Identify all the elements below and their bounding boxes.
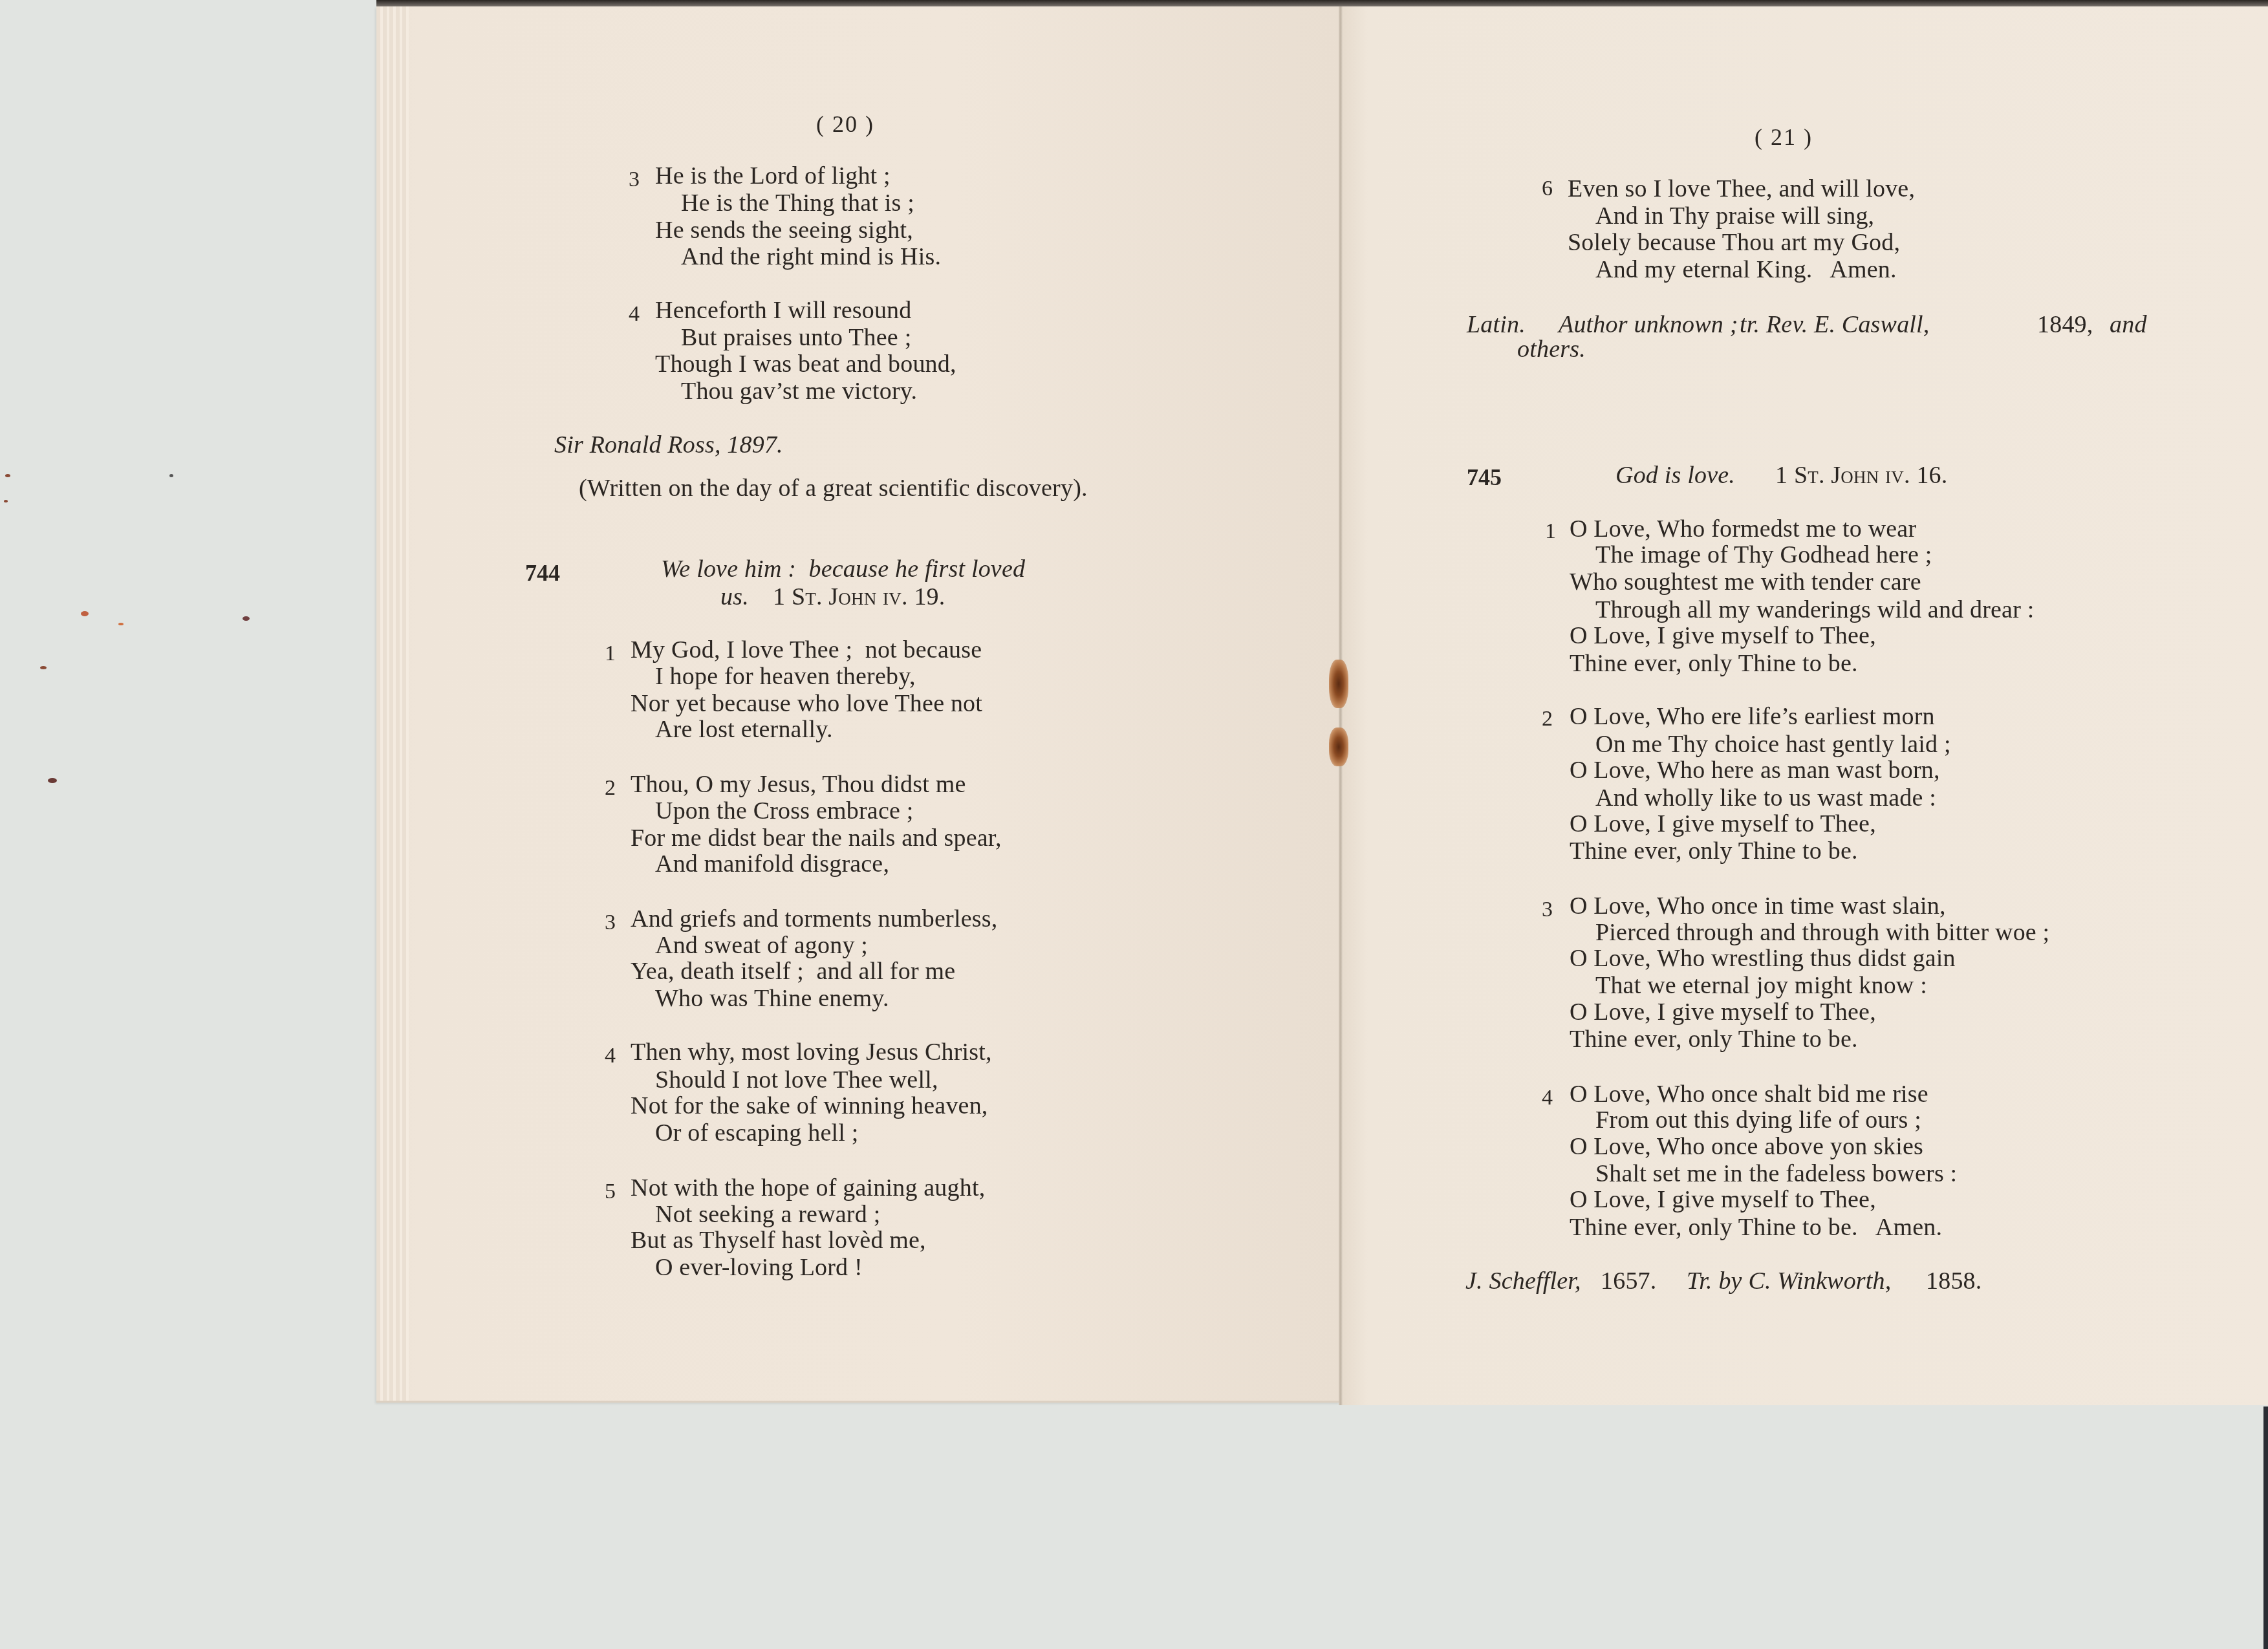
- verse-line: O ever-loving Lord !: [655, 1253, 863, 1282]
- verse-line: Though I was beat and bound,: [655, 350, 956, 378]
- refrain-line: Thine ever, only Thine to be.: [1570, 1025, 1858, 1053]
- verse-line: He sends the seeing sight,: [655, 216, 913, 244]
- verse-number: 4: [629, 300, 640, 329]
- refrain-line: Thine ever, only Thine to be.: [1570, 649, 1858, 678]
- verse-number: 1: [1545, 517, 1556, 546]
- verse-line: Thou, O my Jesus, Thou didst me: [631, 770, 966, 799]
- verse-number: 6: [1542, 175, 1553, 203]
- verse-line: Upon the Cross embrace ;: [655, 797, 913, 825]
- verse-line: O Love, Who once shalt bid me rise: [1570, 1080, 1928, 1108]
- refrain-line: O Love, I give myself to Thee,: [1570, 1185, 1876, 1214]
- verse-line: That we eternal joy might know :: [1595, 971, 1927, 1000]
- page-number-right: ( 21 ): [1755, 123, 1813, 151]
- scan-edge-shadow: [2263, 1406, 2268, 1649]
- verse-line: On me Thy choice hast gently laid ;: [1595, 730, 1951, 759]
- verse-line: Even so I love Thee, and will love,: [1568, 175, 1915, 203]
- hymn-heading: We love him : because he first loved: [661, 555, 1025, 583]
- verse-number: 3: [605, 909, 616, 937]
- verse-line: Not with the hope of gaining aught,: [631, 1174, 985, 1202]
- verse-number: 3: [1542, 896, 1553, 924]
- hymn-attribution: others.: [1517, 335, 1586, 363]
- hymn-attribution: Tr. by C. Winkworth,: [1687, 1267, 1892, 1295]
- refrain-line: O Love, I give myself to Thee,: [1570, 810, 1876, 838]
- verse-line: Yea, death itself ; and all for me: [631, 957, 955, 986]
- verse-number: 2: [1542, 705, 1553, 733]
- refrain-line: Thine ever, only Thine to be.: [1570, 837, 1858, 865]
- verse-line: Shalt set me in the fadeless bowers :: [1595, 1159, 1957, 1188]
- verse-line: And in Thy praise will sing,: [1595, 202, 1874, 230]
- verse-line: Not seeking a reward ;: [655, 1200, 880, 1229]
- verse-number: 2: [605, 774, 616, 803]
- verse-line: Thou gav’st me victory.: [681, 377, 917, 405]
- verse-line: For me didst bear the nails and spear,: [631, 824, 1002, 852]
- verse-line: Are lost eternally.: [655, 715, 833, 744]
- verse-line: Who soughtest me with tender care: [1570, 568, 1921, 596]
- debris-speck: [118, 623, 124, 625]
- verse-number: 4: [605, 1042, 616, 1070]
- verse-line: My God, I love Thee ; not because: [631, 636, 982, 664]
- verse-line: The image of Thy Godhead here ;: [1595, 541, 1932, 569]
- verse-line: O Love, Who here as man wast born,: [1570, 756, 1940, 784]
- verse-line: O Love, Who formedst me to wear: [1570, 515, 1916, 543]
- debris-speck: [243, 616, 250, 621]
- hymn-attribution: and: [2110, 310, 2147, 339]
- verse-number: 5: [605, 1178, 616, 1206]
- verse-line: And manifold disgrace,: [655, 850, 889, 878]
- verse-number: 1: [605, 640, 616, 668]
- verse-line: Who was Thine enemy.: [655, 984, 889, 1013]
- hymn-attribution-year: 1858.: [1926, 1267, 1982, 1295]
- verse-line: O Love, Who ere life’s earliest morn: [1570, 702, 1935, 731]
- verse-number: 4: [1542, 1084, 1553, 1112]
- debris-speck: [5, 474, 10, 477]
- verse-line: O Love, Who once above yon skies: [1570, 1132, 1923, 1161]
- scripture-reference: 1 St. John iv. 19.: [773, 583, 945, 611]
- hymn-number: 744: [525, 559, 560, 587]
- hymn-attribution-year: 1849,: [2037, 310, 2093, 339]
- verse-number: 3: [629, 166, 640, 194]
- verse-line: And griefs and torments numberless,: [631, 905, 997, 933]
- verse-line: Henceforth I will resound: [655, 296, 912, 325]
- verse-line: Then why, most loving Jesus Christ,: [631, 1038, 992, 1066]
- hymn-heading: God is love.: [1615, 461, 1735, 490]
- verse-line: I hope for heaven thereby,: [655, 662, 916, 691]
- hymn-heading: us.: [720, 583, 749, 611]
- verse-line: Not for the sake of winning heaven,: [631, 1092, 988, 1120]
- hymn-attribution: tr. Rev. E. Caswall,: [1740, 310, 1930, 339]
- debris-speck: [48, 778, 57, 783]
- debris-speck: [169, 474, 173, 477]
- debris-speck: [81, 611, 89, 616]
- verse-line: He is the Lord of light ;: [655, 162, 891, 190]
- hymn-number: 745: [1467, 463, 1502, 491]
- verse-line: Should I not love Thee well,: [655, 1066, 938, 1094]
- verse-line: And wholly like to us wast made :: [1595, 784, 1936, 812]
- scripture-reference: 1 St. John iv. 16.: [1775, 461, 1948, 490]
- verse-line: But as Thyself hast lovèd me,: [631, 1226, 926, 1255]
- verse-line: But praises unto Thee ;: [681, 323, 911, 352]
- refrain-line: O Love, I give myself to Thee,: [1570, 621, 1876, 650]
- refrain-line: O Love, I give myself to Thee,: [1570, 998, 1876, 1026]
- page-stack-edges: [376, 6, 409, 1401]
- verse-line: Pierced through and through with bitter …: [1595, 918, 2049, 947]
- hymn-attribution: J. Scheffler,: [1465, 1267, 1581, 1295]
- verse-line: Nor yet because who love Thee not: [631, 689, 982, 718]
- hymn-attribution-year: 1657.: [1601, 1267, 1657, 1295]
- verse-line: Through all my wanderings wild and drear…: [1595, 596, 2035, 624]
- rust-staple-mark-icon: [1329, 660, 1348, 708]
- verse-line: And my eternal King. Amen.: [1595, 255, 1897, 284]
- verse-line: From out this dying life of ours ;: [1595, 1106, 1921, 1134]
- hymn-attribution: Sir Ronald Ross, 1897.: [554, 431, 783, 459]
- page-number-left: ( 20 ): [816, 110, 874, 138]
- verse-line: O Love, Who wrestling thus didst gain: [1570, 944, 1956, 973]
- debris-speck: [4, 500, 8, 502]
- rust-staple-mark-icon: [1329, 727, 1348, 766]
- verse-line: And sweat of agony ;: [655, 931, 868, 960]
- verse-line: He is the Thing that is ;: [681, 189, 914, 217]
- verse-line: Or of escaping hell ;: [655, 1119, 858, 1147]
- debris-speck: [40, 666, 47, 669]
- verse-line: O Love, Who once in time wast slain,: [1570, 892, 1946, 920]
- verse-line: Solely because Thou art my God,: [1568, 228, 1900, 257]
- verse-line: And the right mind is His.: [681, 242, 941, 271]
- refrain-line: Thine ever, only Thine to be. Amen.: [1570, 1213, 1942, 1242]
- hymn-note: (Written on the day of a great scientifi…: [579, 474, 1088, 502]
